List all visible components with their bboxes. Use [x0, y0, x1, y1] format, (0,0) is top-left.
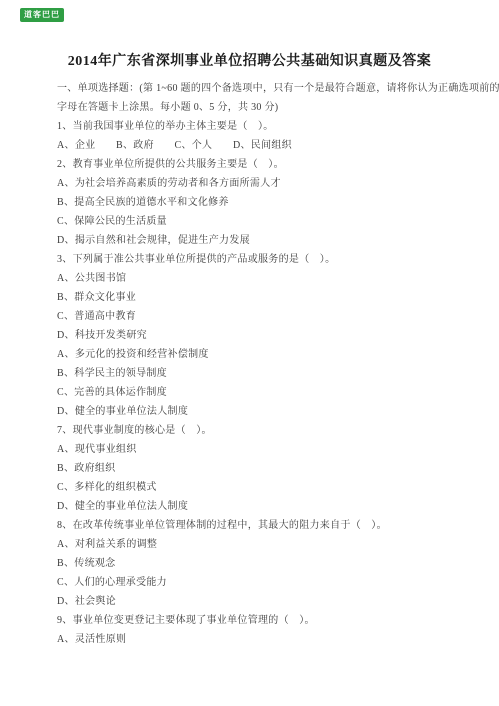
question-6-option-a: A、多元化的投资和经营补偿制度 [57, 345, 457, 364]
doc-title: 2014年广东省深圳事业单位招聘公共基础知识真题及答案 [0, 50, 499, 70]
question-8-option-b: B、传统观念 [57, 554, 457, 573]
question-1-stem: 1、当前我国事业单位的举办主体主要是（ ）。 [57, 117, 457, 136]
site-watermark-badge[interactable]: 道客巴巴 [20, 8, 64, 22]
doc-body: 一、单项选择题：(第 1~60 题的四个备选项中，只有一个是最符合题意，请将你认… [57, 79, 457, 649]
question-8-option-c: C、人们的心理承受能力 [57, 573, 457, 592]
document-page: 道客巴巴 2014年广东省深圳事业单位招聘公共基础知识真题及答案 一、单项选择题… [0, 0, 499, 706]
question-3-stem: 3、下列属于准公共事业单位所提供的产品或服务的是（ ）。 [57, 250, 457, 269]
question-1-options-row: A、企业 B、政府 C、个人 D、民间组织 [57, 136, 457, 155]
question-8-option-d: D、社会舆论 [57, 592, 457, 611]
question-3-option-d: D、科技开发类研究 [57, 326, 457, 345]
question-2-option-d: D、揭示自然和社会规律，促进生产力发展 [57, 231, 457, 250]
question-3-option-c: C、普通高中教育 [57, 307, 457, 326]
question-9-stem: 9、事业单位变更登记主要体现了事业单位管理的（ ）。 [57, 611, 457, 630]
question-7-option-a: A、现代事业组织 [57, 440, 457, 459]
question-3-option-a: A、公共图书馆 [57, 269, 457, 288]
question-2-option-c: C、保障公民的生活质量 [57, 212, 457, 231]
question-8-option-a: A、对利益关系的调整 [57, 535, 457, 554]
question-6-option-d: D、健全的事业单位法人制度 [57, 402, 457, 421]
question-7-option-b: B、政府组织 [57, 459, 457, 478]
question-9-option-a: A、灵活性原则 [57, 630, 457, 649]
question-6-option-c: C、完善的具体运作制度 [57, 383, 457, 402]
instructions-line-1: 一、单项选择题：(第 1~60 题的四个备选项中，只有一个是最符合题意，请将你认… [57, 79, 457, 98]
question-8-stem: 8、在改革传统事业单位管理体制的过程中，其最大的阻力来自于（ ）。 [57, 516, 457, 535]
question-3-option-b: B、群众文化事业 [57, 288, 457, 307]
question-7-stem: 7、现代事业制度的核心是（ ）。 [57, 421, 457, 440]
question-7-option-c: C、多样化的组织模式 [57, 478, 457, 497]
question-6-option-b: B、科学民主的领导制度 [57, 364, 457, 383]
question-2-option-b: B、提高全民族的道德水平和文化修养 [57, 193, 457, 212]
instructions-line-2: 字母在答题卡上涂黑。每小题 0、5 分，共 30 分) [57, 98, 457, 117]
question-7-option-d: D、健全的事业单位法人制度 [57, 497, 457, 516]
question-2-stem: 2、教育事业单位所提供的公共服务主要是（ ）。 [57, 155, 457, 174]
question-2-option-a: A、为社会培养高素质的劳动者和各方面所需人才 [57, 174, 457, 193]
